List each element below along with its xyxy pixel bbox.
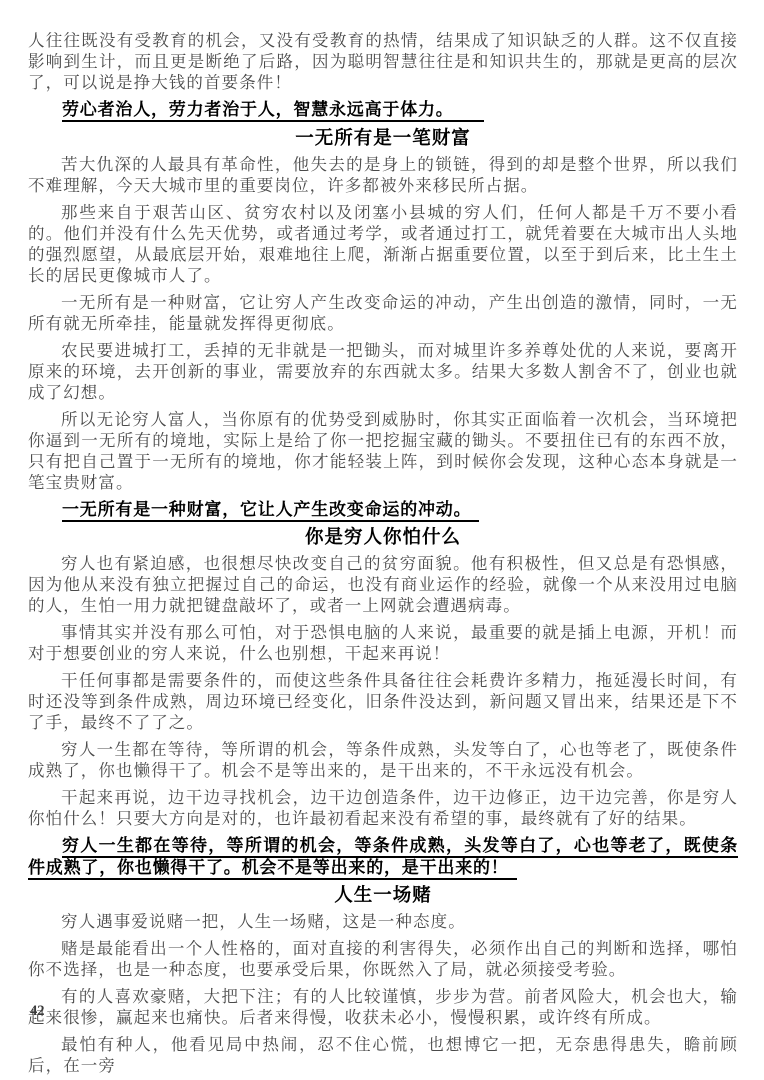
body-paragraph: 穷人也有紧迫感，也很想尽快改变自己的贫穷面貌。他有积极性，但又总是有恐惧感，因为… [28,553,738,616]
body-paragraph: 那些来自于艰苦山区、贫穷农村以及闭塞小县城的穷人们，任何人都是千万不要小看的。他… [28,202,738,286]
quote-nothing-is-wealth-text: 一无所有是一种财富，它让人产生改变命运的冲动。 [62,500,479,522]
section-title-wealth: 一无所有是一笔财富 [28,127,738,149]
quote-waiting-text: 穷人一生都在等待，等所谓的机会，等条件成熟，头发等白了，心也等老了，既使条件成熟… [28,836,738,880]
body-paragraph: 所以无论穷人富人，当你原有的优势受到威胁时，你其实正面临着一次机会，当环境把你逼… [28,409,738,493]
quote-laborers: 劳心者治人，劳力者治于人，智慧永远高于体力。 [28,99,738,121]
body-paragraph: 有的人喜欢豪赌，大把下注；有的人比较谨慎，步步为营。前者风险大，机会也大，输起来… [28,986,738,1028]
body-paragraph: 一无所有是一种财富，它让穷人产生改变命运的冲动，产生出创造的激情，同时，一无所有… [28,292,738,334]
intro-paragraph: 人往往既没有受教育的机会，又没有受教育的热情，结果成了知识缺乏的人群。这不仅直接… [28,30,738,93]
section-title-afraid: 你是穷人你怕什么 [28,526,738,548]
quote-waiting: 穷人一生都在等待，等所谓的机会，等条件成熟，头发等白了，心也等老了，既使条件成熟… [28,835,738,878]
body-paragraph: 穷人遇事爱说赌一把，人生一场赌，这是一种态度。 [28,911,738,932]
body-paragraph: 事情其实并没有那么可怕，对于恐惧电脑的人来说，最重要的就是插上电源，开机！而对于… [28,622,738,664]
body-paragraph: 干任何事都是需要条件的，而使这些条件具备往往会耗费许多精力，拖延漫长时间，有时还… [28,670,738,733]
page-number: 42 [30,1003,45,1020]
body-paragraph: 最怕有种人，他看见局中热闹，忍不住心慌，也想博它一把，无奈患得患失，瞻前顾后，在… [28,1034,738,1076]
quote-nothing-is-wealth: 一无所有是一种财富，它让人产生改变命运的冲动。 [28,499,738,521]
quote-laborers-text: 劳心者治人，劳力者治于人，智慧永远高于体力。 [62,100,484,122]
document-page: 人往往既没有受教育的机会，又没有受教育的热情，结果成了知识缺乏的人群。这不仅直接… [0,0,764,1080]
body-paragraph: 苦大仇深的人最具有革命性，他失去的是身上的锁链，得到的却是整个世界，所以我们不难… [28,154,738,196]
body-paragraph: 穷人一生都在等待，等所谓的机会，等条件成熟，头发等白了，心也等老了，既使条件成熟… [28,739,738,781]
body-paragraph: 赌是最能看出一个人性格的，面对直接的利害得失，必须作出自己的判断和选择，哪怕你不… [28,938,738,980]
body-paragraph: 干起来再说，边干边寻找机会，边干边创造条件，边干边修正，边干边完善，你是穷人你怕… [28,787,738,829]
body-paragraph: 农民要进城打工，丢掉的无非就是一把锄头，而对城里许多养尊处优的人来说，要离开原来… [28,340,738,403]
section-title-gamble: 人生一场赌 [28,884,738,906]
